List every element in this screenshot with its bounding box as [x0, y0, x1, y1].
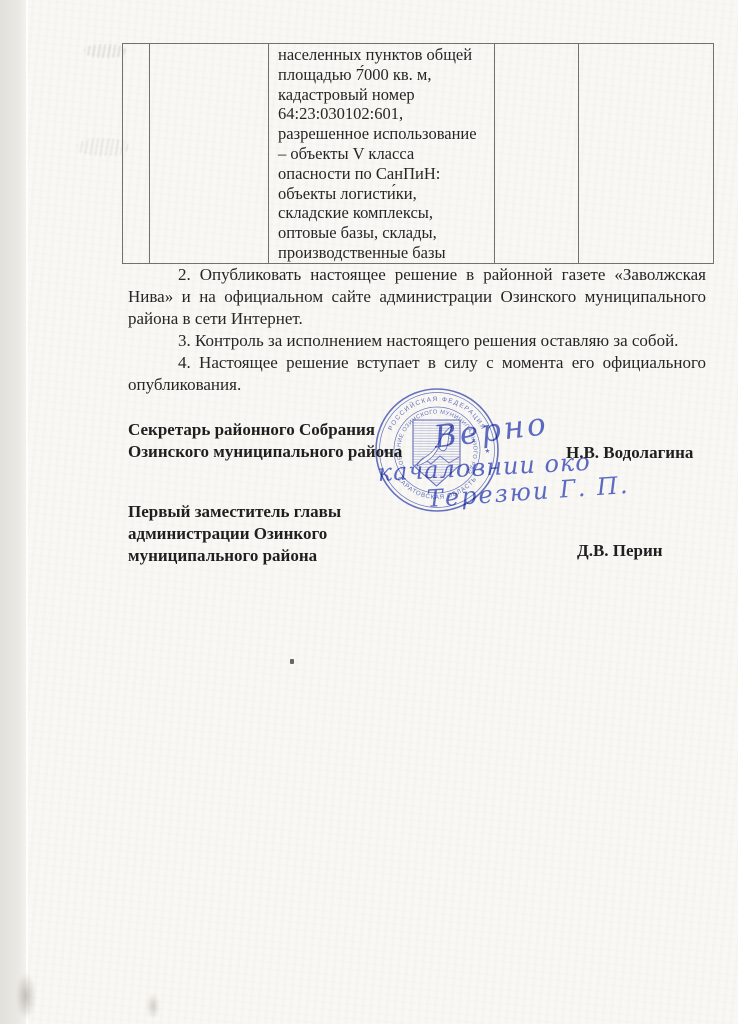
- table-cell-empty-2: [150, 44, 269, 263]
- paragraph-2-line-1: 2. Опубликовать настоящее решение в райо…: [128, 264, 706, 286]
- land-parcel-table: населенных пунктов общей площадью 7́000 …: [122, 43, 714, 264]
- paragraph-2-line-2: Нива» и на официальном сайте администрац…: [128, 286, 706, 308]
- signatory-2-name: Д.В. Перин: [577, 541, 663, 561]
- signatory-2-title: Первый заместитель главы администрации О…: [128, 501, 341, 567]
- pencil-mark-artifact: [84, 44, 126, 58]
- table-cell-parcel-description: населенных пунктов общей площадью 7́000 …: [269, 44, 495, 263]
- table-cell-empty-1: [123, 44, 150, 263]
- scanned-document-page: населенных пунктов общей площадью 7́000 …: [0, 0, 738, 1024]
- table-cell-empty-3: [495, 44, 579, 263]
- paragraph-2-line-3: района в сети Интернет.: [128, 308, 706, 330]
- ink-speck: [290, 659, 294, 664]
- scan-smudge: [146, 993, 160, 1019]
- parcel-description-text: населенных пунктов общей площадью 7́000 …: [269, 44, 494, 263]
- table-cell-empty-4: [579, 44, 713, 263]
- paragraph-3: 3. Контроль за исполнением настоящего ре…: [128, 330, 706, 352]
- stamp-star-left-icon: ★: [383, 447, 389, 455]
- scanner-edge-strip: [0, 0, 28, 1024]
- scan-smudge: [16, 972, 36, 1020]
